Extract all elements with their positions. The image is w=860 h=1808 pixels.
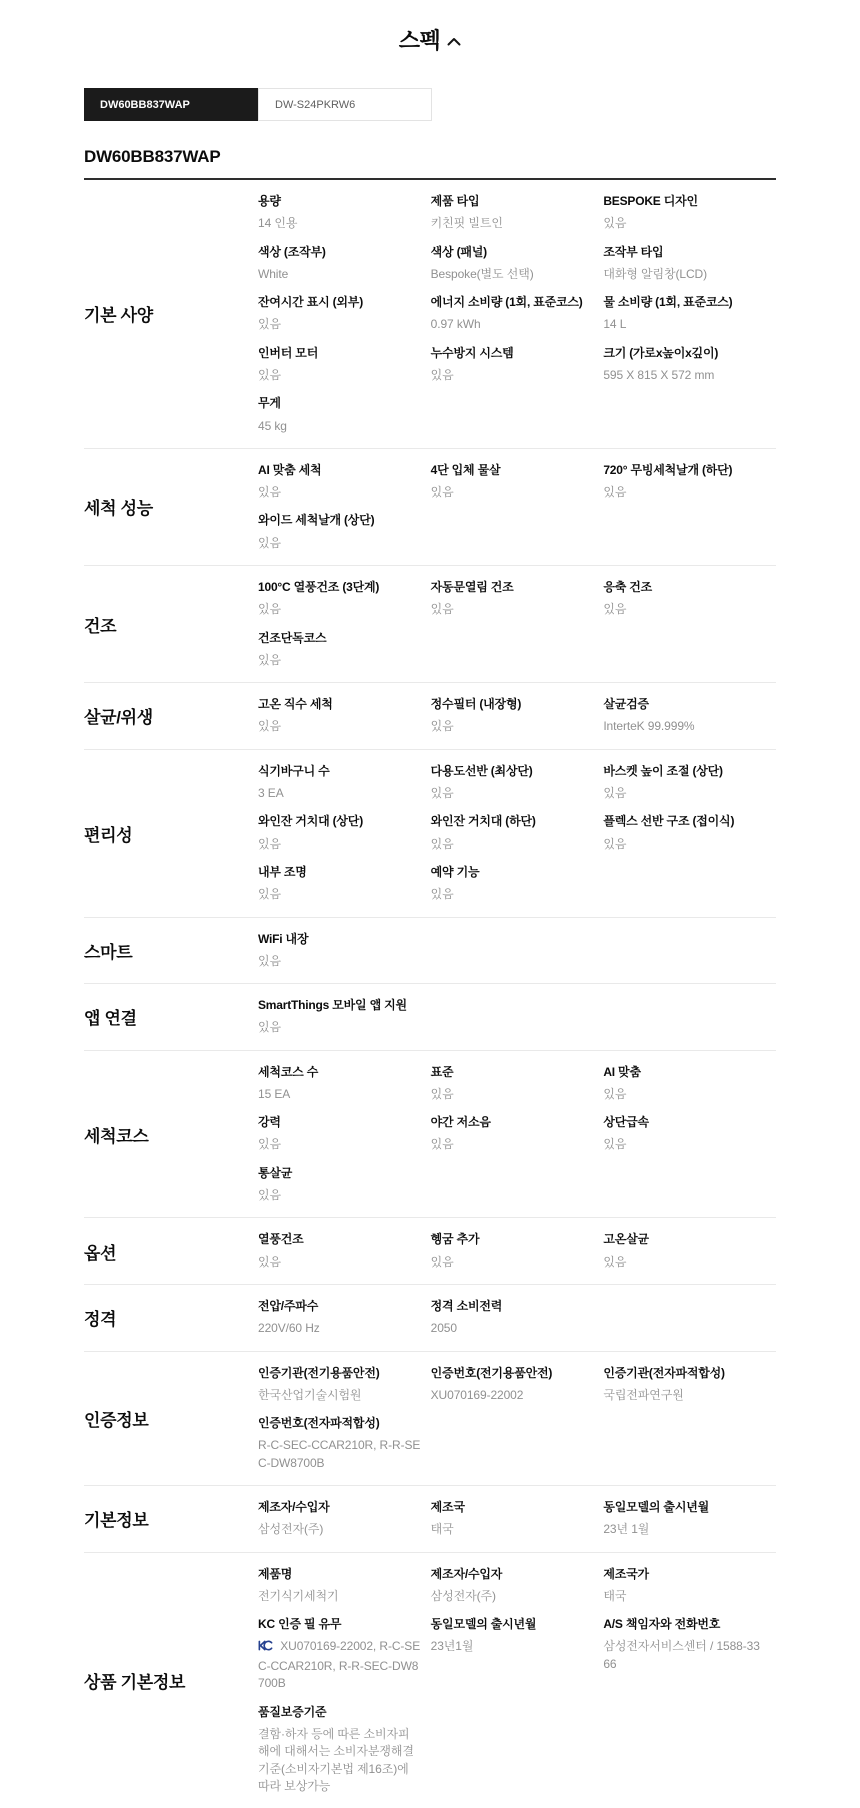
spec-item: 와이드 세척날개 (상단)있음 — [258, 512, 431, 552]
spec-item-label: 제조국가 — [603, 1566, 766, 1582]
spec-items-grid: 100°C 열풍건조 (3단계)있음자동문열림 건조있음응축 건조있음건조단독코… — [258, 579, 776, 680]
spec-item-value: 있음 — [258, 367, 421, 384]
spec-item: 세척코스 수15 EA — [258, 1064, 431, 1104]
spec-item-value-text: 삼성전자(주) — [431, 1589, 496, 1603]
spec-item-label: KC 인증 필 유무 — [258, 1616, 421, 1632]
spec-item-value: 있음 — [258, 316, 421, 333]
spec-item-value: 있음 — [431, 1086, 594, 1103]
spec-item-value: 삼성전자(주) — [431, 1588, 594, 1605]
spec-item-label: 세척코스 수 — [258, 1064, 421, 1080]
spec-item: 에너지 소비량 (1회, 표준코스)0.97 kWh — [431, 294, 604, 334]
spec-item-value: 있음 — [431, 484, 594, 501]
spec-section: 기본정보제조자/수입자삼성전자(주)제조국태국동일모델의 출시년월23년 1월 — [84, 1486, 776, 1553]
spec-item-value-text: 대화형 알림창(LCD) — [603, 267, 707, 281]
spec-item-label: A/S 책임자와 전화번호 — [603, 1616, 766, 1632]
spec-item-value-text: Bespoke(별도 선택) — [431, 267, 534, 281]
spec-item-value: 있음 — [258, 1019, 421, 1036]
spec-category-label: 세척 성능 — [84, 462, 258, 563]
spec-item-label: 식기바구니 수 — [258, 763, 421, 779]
spec-item-value-text: 있음 — [603, 602, 626, 616]
spec-item-value-text: 있음 — [431, 1255, 454, 1269]
spec-item-label: 인버터 모터 — [258, 345, 421, 361]
spec-item-value: 있음 — [431, 785, 594, 802]
spec-item-label: 동일모델의 출시년월 — [603, 1499, 766, 1515]
spec-section: 세척코스세척코스 수15 EA표준있음AI 맞춤있음강력있음야간 저소음있음상단… — [84, 1051, 776, 1219]
spec-item: 용량14 인용 — [258, 193, 431, 233]
spec-item-label: 제품명 — [258, 1566, 421, 1582]
spec-item: A/S 책임자와 전화번호삼성전자서비스센터 / 1588-3366 — [603, 1616, 776, 1692]
spec-item-value-text: 있음 — [603, 1087, 626, 1101]
spec-item-value-text: 삼성전자서비스센터 / 1588-3366 — [603, 1639, 759, 1670]
spec-section: 옵션열풍건조있음헹굼 추가있음고온살균있음 — [84, 1218, 776, 1285]
spec-item-value: 45 kg — [258, 418, 421, 435]
spec-items-grid: 인증기관(전기용품안전)한국산업기술시험원인증번호(전기용품안전)XU07016… — [258, 1365, 776, 1484]
spec-item-value: 14 인용 — [258, 215, 421, 232]
spec-item-value: 있음 — [603, 601, 766, 618]
spec-item-label: 조작부 타입 — [603, 244, 766, 260]
spec-item-value-text: 있음 — [431, 837, 454, 851]
spec-item-label: 제조국 — [431, 1499, 594, 1515]
spec-item-value-text: 한국산업기술시험원 — [258, 1388, 361, 1402]
spec-items-grid: WiFi 내장있음 — [258, 931, 776, 982]
spec-item-value: 15 EA — [258, 1086, 421, 1103]
spec-item-value-text: 0.97 kWh — [431, 317, 481, 331]
spec-item: 제조자/수입자삼성전자(주) — [258, 1499, 431, 1539]
spec-item: 인증기관(전기용품안전)한국산업기술시험원 — [258, 1365, 431, 1405]
spec-item-label: 잔여시간 표시 (외부) — [258, 294, 421, 310]
spec-item-label: 인증번호(전기용품안전) — [431, 1365, 594, 1381]
spec-category-label: 인증정보 — [84, 1365, 258, 1484]
spec-item-value-text: 있음 — [258, 602, 281, 616]
spec-item-value: 국립전파연구원 — [603, 1387, 766, 1404]
spec-item-label: AI 맞춤 — [603, 1064, 766, 1080]
spec-item-value: 있음 — [258, 886, 421, 903]
spec-item-value-text: 있음 — [258, 1255, 281, 1269]
spec-item-label: 야간 저소음 — [431, 1114, 594, 1130]
spec-item: SmartThings 모바일 앱 지원있음 — [258, 997, 431, 1037]
spec-item-value: 있음 — [431, 1136, 594, 1153]
spec-item-value: 있음 — [603, 1086, 766, 1103]
spec-item: 와인잔 거치대 (상단)있음 — [258, 813, 431, 853]
spec-item-value: 있음 — [258, 1136, 421, 1153]
spec-item-label: 와이드 세척날개 (상단) — [258, 512, 421, 528]
spec-item-value-text: 있음 — [258, 954, 281, 968]
spec-item: 동일모델의 출시년월23년1월 — [431, 1616, 604, 1692]
spec-section: 건조100°C 열풍건조 (3단계)있음자동문열림 건조있음응축 건조있음건조단… — [84, 566, 776, 683]
spec-item-value-text: 삼성전자(주) — [258, 1522, 323, 1536]
spec-item-label: 제조자/수입자 — [431, 1566, 594, 1582]
spec-item: 제조자/수입자삼성전자(주) — [431, 1566, 604, 1606]
spec-item-label: 전압/주파수 — [258, 1298, 421, 1314]
spec-item: 인버터 모터있음 — [258, 345, 431, 385]
spec-item-label: 통살균 — [258, 1165, 421, 1181]
spec-item-label: 에너지 소비량 (1회, 표준코스) — [431, 294, 594, 310]
spec-item-value: 전기식기세척기 — [258, 1588, 421, 1605]
spec-category-label: 앱 연결 — [84, 997, 258, 1048]
spec-item-value: 있음 — [258, 1187, 421, 1204]
spec-item-value: 있음 — [258, 601, 421, 618]
spec-item-label: 강력 — [258, 1114, 421, 1130]
tab-label: DW-S24PKRW6 — [275, 99, 355, 111]
spec-category-label: 옵션 — [84, 1231, 258, 1282]
spec-category-label: 편리성 — [84, 763, 258, 915]
spec-item-value-text: 있음 — [603, 1255, 626, 1269]
spec-item-value-text: 태국 — [431, 1522, 454, 1536]
tab-label: DW60BB837WAP — [100, 99, 190, 111]
spec-item-value: 595 X 815 X 572 mm — [603, 367, 766, 384]
spec-item: 바스켓 높이 조절 (상단)있음 — [603, 763, 776, 803]
spec-items-grid: AI 맞춤 세척있음4단 입체 물살있음720° 무빙세척날개 (하단)있음와이… — [258, 462, 776, 563]
spec-item-value-text: 220V/60 Hz — [258, 1321, 320, 1335]
spec-item: 건조단독코스있음 — [258, 630, 431, 670]
spec-item-label: 용량 — [258, 193, 421, 209]
spec-item-value: 태국 — [431, 1521, 594, 1538]
spec-item-value: 키친핏 빌트인 — [431, 215, 594, 232]
spec-items-grid: 제품명전기식기세척기제조자/수입자삼성전자(주)제조국가태국KC 인증 필 유무… — [258, 1566, 776, 1807]
spec-category-label: 정격 — [84, 1298, 258, 1349]
spec-item-label: 인증번호(전자파적합성) — [258, 1415, 421, 1431]
spec-item: 자동문열림 건조있음 — [431, 579, 604, 619]
spec-item: 색상 (조작부)White — [258, 244, 431, 284]
spec-item-value-text: 있음 — [258, 1188, 281, 1202]
spec-item-label: 고온 직수 세척 — [258, 696, 421, 712]
product-heading: DW60BB837WAP — [84, 147, 776, 180]
spec-item-value: 있음 — [431, 1254, 594, 1271]
spec-category-label: 상품 기본정보 — [84, 1566, 258, 1807]
spec-item-label: 응축 건조 — [603, 579, 766, 595]
spec-section: 스마트WiFi 내장있음 — [84, 918, 776, 985]
kc-mark-icon — [258, 1639, 273, 1657]
spec-item-value-text: 있음 — [603, 216, 626, 230]
spec-item-label: 와인잔 거치대 (상단) — [258, 813, 421, 829]
spec-item-label: 예약 기능 — [431, 864, 594, 880]
spec-item-label: 100°C 열풍건조 (3단계) — [258, 579, 421, 595]
spec-item-value: 있음 — [258, 718, 421, 735]
spec-item-value: XU070169-22002 — [431, 1387, 594, 1404]
spec-item-value: 삼성전자(주) — [258, 1521, 421, 1538]
spec-item-label: 720° 무빙세척날개 (하단) — [603, 462, 766, 478]
spec-item-value-text: 결함·하자 등에 따른 소비자피해에 대해서는 소비자분쟁해결기준(소비자기본법… — [258, 1727, 414, 1793]
spec-item-value: 2050 — [431, 1320, 594, 1337]
spec-item: 응축 건조있음 — [603, 579, 776, 619]
spec-category-label: 스마트 — [84, 931, 258, 982]
spec-item-label: WiFi 내장 — [258, 931, 421, 947]
spec-item: 4단 입체 물살있음 — [431, 462, 604, 502]
spec-item-value: InterteK 99.999% — [603, 718, 766, 735]
spec-item-value: 14 L — [603, 316, 766, 333]
spec-item: 전압/주파수220V/60 Hz — [258, 1298, 431, 1338]
spec-item-label: AI 맞춤 세척 — [258, 462, 421, 478]
spec-item-value: 있음 — [603, 836, 766, 853]
spec-item-value-text: 있음 — [258, 536, 281, 550]
spec-item-value-text: 있음 — [603, 786, 626, 800]
spec-item: 크기 (가로x높이x깊이)595 X 815 X 572 mm — [603, 345, 776, 385]
spec-items-grid: 전압/주파수220V/60 Hz정격 소비전력2050 — [258, 1298, 776, 1349]
spec-item-label: 상단급속 — [603, 1114, 766, 1130]
spec-item-value: 23년 1월 — [603, 1521, 766, 1538]
spec-item-value: R-C-SEC-CCAR210R, R-R-SEC-DW8700B — [258, 1437, 421, 1472]
spec-item: 야간 저소음있음 — [431, 1114, 604, 1154]
spec-item-value-text: 있음 — [258, 719, 281, 733]
spec-item-label: 색상 (패널) — [431, 244, 594, 260]
spec-item-value: 있음 — [603, 1136, 766, 1153]
spec-item-value: 한국산업기술시험원 — [258, 1387, 421, 1404]
spec-category-label: 기본정보 — [84, 1499, 258, 1550]
spec-item-value-text: 있음 — [603, 837, 626, 851]
spec-item: 인증기관(전자파적합성)국립전파연구원 — [603, 1365, 776, 1405]
spec-item: 강력있음 — [258, 1114, 431, 1154]
spec-item-value-text: 14 L — [603, 317, 626, 331]
spec-item: 헹굼 추가있음 — [431, 1231, 604, 1271]
spec-item-value-text: XU070169-22002 — [431, 1388, 524, 1402]
spec-item-value-text: 있음 — [431, 887, 454, 901]
spec-category-label: 기본 사양 — [84, 193, 258, 446]
spec-item-label: 바스켓 높이 조절 (상단) — [603, 763, 766, 779]
spec-item-value-text: 595 X 815 X 572 mm — [603, 368, 714, 382]
spec-item-value: 220V/60 Hz — [258, 1320, 421, 1337]
spec-category-label: 세척코스 — [84, 1064, 258, 1216]
spec-item-value: 있음 — [258, 836, 421, 853]
spec-item-value: 있음 — [431, 836, 594, 853]
spec-item: 인증번호(전기용품안전)XU070169-22002 — [431, 1365, 604, 1405]
spec-item-value: 있음 — [431, 718, 594, 735]
spec-item: AI 맞춤 세척있음 — [258, 462, 431, 502]
spec-item-label: 다용도선반 (최상단) — [431, 763, 594, 779]
spec-item-label: 고온살균 — [603, 1231, 766, 1247]
spec-section: 정격전압/주파수220V/60 Hz정격 소비전력2050 — [84, 1285, 776, 1352]
spec-item-value: 있음 — [258, 1254, 421, 1271]
spec-item: 상단급속있음 — [603, 1114, 776, 1154]
spec-item-value-text: XU070169-22002, R-C-SEC-CCAR210R, R-R-SE… — [258, 1639, 420, 1690]
spec-items-grid: 세척코스 수15 EA표준있음AI 맞춤있음강력있음야간 저소음있음상단급속있음… — [258, 1064, 776, 1216]
spec-item-label: 품질보증기준 — [258, 1704, 421, 1720]
spec-items-grid: 식기바구니 수3 EA다용도선반 (최상단)있음바스켓 높이 조절 (상단)있음… — [258, 763, 776, 915]
spec-section: 상품 기본정보제품명전기식기세척기제조자/수입자삼성전자(주)제조국가태국KC … — [84, 1553, 776, 1808]
spec-item-value: XU070169-22002, R-C-SEC-CCAR210R, R-R-SE… — [258, 1638, 421, 1692]
spec-item-label: 누수방지 시스템 — [431, 345, 594, 361]
spec-item-value-text: 23년1월 — [431, 1639, 474, 1653]
spec-item-value: 있음 — [603, 785, 766, 802]
spec-item: 내부 조명있음 — [258, 864, 431, 904]
spec-items-grid: SmartThings 모바일 앱 지원있음 — [258, 997, 776, 1048]
spec-item-value-text: 있음 — [258, 837, 281, 851]
spec-item-value-text: 있음 — [431, 719, 454, 733]
spec-item-label: 무게 — [258, 395, 421, 411]
spec-item: 제조국태국 — [431, 1499, 604, 1539]
spec-item-value: 있음 — [258, 484, 421, 501]
spec-item-value-text: 키친핏 빌트인 — [431, 216, 503, 230]
spec-item-value: White — [258, 266, 421, 283]
spec-item-value-text: 있음 — [603, 1137, 626, 1151]
spec-content: DW60BB837WAP 기본 사양용량14 인용제품 타입키친핏 빌트인BES… — [84, 147, 776, 1808]
spec-items-grid: 고온 직수 세척있음정수필터 (내장형)있음살균검증InterteK 99.99… — [258, 696, 776, 747]
tab-dw60bb837wap[interactable]: DW60BB837WAP — [84, 88, 258, 121]
spec-item-value-text: 있음 — [431, 485, 454, 499]
spec-item-label: 표준 — [431, 1064, 594, 1080]
spec-item-value-text: 3 EA — [258, 786, 284, 800]
spec-item: 물 소비량 (1회, 표준코스)14 L — [603, 294, 776, 334]
model-tabs: DW60BB837WAP DW-S24PKRW6 — [84, 88, 860, 121]
spec-item-value-text: 있음 — [258, 317, 281, 331]
spec-item-label: 제조자/수입자 — [258, 1499, 421, 1515]
spec-item: 플렉스 선반 구조 (접이식)있음 — [603, 813, 776, 853]
spec-item: 720° 무빙세척날개 (하단)있음 — [603, 462, 776, 502]
spec-item: 100°C 열풍건조 (3단계)있음 — [258, 579, 431, 619]
spec-item: 고온살균있음 — [603, 1231, 776, 1271]
spec-items-grid: 용량14 인용제품 타입키친핏 빌트인BESPOKE 디자인있음색상 (조작부)… — [258, 193, 776, 446]
spec-item-value-text: 15 EA — [258, 1087, 290, 1101]
spec-item: 누수방지 시스템있음 — [431, 345, 604, 385]
spec-item: 정격 소비전력2050 — [431, 1298, 604, 1338]
spec-item-value: 있음 — [258, 953, 421, 970]
section-header: 스펙 — [0, 24, 860, 55]
spec-section: 편리성식기바구니 수3 EA다용도선반 (최상단)있음바스켓 높이 조절 (상단… — [84, 750, 776, 918]
spec-item-value: Bespoke(별도 선택) — [431, 266, 594, 283]
spec-item-label: BESPOKE 디자인 — [603, 193, 766, 209]
spec-item-label: 열풍건조 — [258, 1231, 421, 1247]
spec-item: 고온 직수 세척있음 — [258, 696, 431, 736]
spec-item: 동일모델의 출시년월23년 1월 — [603, 1499, 776, 1539]
spec-item-value-text: 국립전파연구원 — [603, 1388, 683, 1402]
spec-item: 제조국가태국 — [603, 1566, 776, 1606]
spec-item-value: 있음 — [431, 886, 594, 903]
spec-item-value: 있음 — [431, 601, 594, 618]
spec-item: 통살균있음 — [258, 1165, 431, 1205]
spec-item-label: 동일모델의 출시년월 — [431, 1616, 594, 1632]
spec-item: 제품 타입키친핏 빌트인 — [431, 193, 604, 233]
spec-item: 살균검증InterteK 99.999% — [603, 696, 776, 736]
spec-item-label: 인증기관(전기용품안전) — [258, 1365, 421, 1381]
spec-item: 표준있음 — [431, 1064, 604, 1104]
spec-section: 앱 연결SmartThings 모바일 앱 지원있음 — [84, 984, 776, 1051]
spec-item-value-text: 태국 — [603, 1589, 626, 1603]
spec-section: 인증정보인증기관(전기용품안전)한국산업기술시험원인증번호(전기용품안전)XU0… — [84, 1352, 776, 1487]
spec-item: AI 맞춤있음 — [603, 1064, 776, 1104]
spec-item-label: 4단 입체 물살 — [431, 462, 594, 478]
spec-item: BESPOKE 디자인있음 — [603, 193, 776, 233]
spec-page: 스펙 DW60BB837WAP DW-S24PKRW6 DW60BB837WAP… — [0, 0, 860, 1808]
spec-item-label: 물 소비량 (1회, 표준코스) — [603, 294, 766, 310]
spec-item: 색상 (패널)Bespoke(별도 선택) — [431, 244, 604, 284]
spec-item-value-text: InterteK 99.999% — [603, 719, 694, 733]
chevron-up-icon[interactable] — [447, 26, 461, 52]
spec-item-value: 있음 — [258, 535, 421, 552]
spec-section: 세척 성능AI 맞춤 세척있음4단 입체 물살있음720° 무빙세척날개 (하단… — [84, 449, 776, 566]
spec-item: 조작부 타입대화형 알림창(LCD) — [603, 244, 776, 284]
spec-item-value: 삼성전자서비스센터 / 1588-3366 — [603, 1638, 766, 1673]
spec-item-label: 내부 조명 — [258, 864, 421, 880]
spec-item-label: 인증기관(전자파적합성) — [603, 1365, 766, 1381]
spec-item-label: SmartThings 모바일 앱 지원 — [258, 997, 421, 1013]
spec-item: 잔여시간 표시 (외부)있음 — [258, 294, 431, 334]
spec-item-value-text: 있음 — [258, 1020, 281, 1034]
spec-table: 기본 사양용량14 인용제품 타입키친핏 빌트인BESPOKE 디자인있음색상 … — [84, 180, 776, 1808]
spec-item: 품질보증기준결함·하자 등에 따른 소비자피해에 대해서는 소비자분쟁해결기준(… — [258, 1704, 431, 1796]
page-title: 스펙 — [399, 28, 441, 53]
spec-item-value-text: 있음 — [258, 368, 281, 382]
spec-item: WiFi 내장있음 — [258, 931, 431, 971]
spec-item: 와인잔 거치대 (하단)있음 — [431, 813, 604, 853]
tab-dw-s24pkrw6[interactable]: DW-S24PKRW6 — [258, 88, 432, 121]
spec-category-label: 살균/위생 — [84, 696, 258, 747]
spec-item-value-text: 14 인용 — [258, 216, 297, 230]
spec-item: 인증번호(전자파적합성)R-C-SEC-CCAR210R, R-R-SEC-DW… — [258, 1415, 431, 1472]
spec-item-label: 정격 소비전력 — [431, 1298, 594, 1314]
spec-item-value-text: 있음 — [603, 485, 626, 499]
spec-item-label: 색상 (조작부) — [258, 244, 421, 260]
spec-item-value: 있음 — [258, 652, 421, 669]
spec-item-label: 살균검증 — [603, 696, 766, 712]
spec-item: 열풍건조있음 — [258, 1231, 431, 1271]
spec-item-value-text: White — [258, 267, 288, 281]
spec-item-label: 제품 타입 — [431, 193, 594, 209]
spec-items-grid: 열풍건조있음헹굼 추가있음고온살균있음 — [258, 1231, 776, 1282]
spec-item-value: 3 EA — [258, 785, 421, 802]
spec-item-value-text: R-C-SEC-CCAR210R, R-R-SEC-DW8700B — [258, 1438, 420, 1469]
spec-item-label: 건조단독코스 — [258, 630, 421, 646]
spec-item-value-text: 있음 — [431, 1137, 454, 1151]
spec-item: 다용도선반 (최상단)있음 — [431, 763, 604, 803]
spec-item-value-text: 있음 — [431, 602, 454, 616]
spec-item-value-text: 45 kg — [258, 419, 287, 433]
spec-item-value-text: 있음 — [431, 786, 454, 800]
spec-item-label: 자동문열림 건조 — [431, 579, 594, 595]
spec-section: 기본 사양용량14 인용제품 타입키친핏 빌트인BESPOKE 디자인있음색상 … — [84, 180, 776, 449]
spec-item-value-text: 있음 — [258, 485, 281, 499]
spec-item-value: 있음 — [603, 1254, 766, 1271]
spec-item-value-text: 있음 — [431, 1087, 454, 1101]
spec-item-value-text: 있음 — [431, 368, 454, 382]
spec-section: 살균/위생고온 직수 세척있음정수필터 (내장형)있음살균검증InterteK … — [84, 683, 776, 750]
spec-item-value-text: 23년 1월 — [603, 1522, 649, 1536]
spec-item-value: 23년1월 — [431, 1638, 594, 1655]
spec-category-label: 건조 — [84, 579, 258, 680]
spec-item-value-text: 전기식기세척기 — [258, 1589, 338, 1603]
spec-item-value: 있음 — [431, 367, 594, 384]
spec-item: 정수필터 (내장형)있음 — [431, 696, 604, 736]
spec-item-value: 태국 — [603, 1588, 766, 1605]
spec-item: 무게45 kg — [258, 395, 431, 435]
spec-item-value-text: 있음 — [258, 1137, 281, 1151]
spec-item: 식기바구니 수3 EA — [258, 763, 431, 803]
spec-item-label: 크기 (가로x높이x깊이) — [603, 345, 766, 361]
spec-item-value-text: 2050 — [431, 1321, 457, 1335]
spec-item-value: 대화형 알림창(LCD) — [603, 266, 766, 283]
spec-item: KC 인증 필 유무 XU070169-22002, R-C-SEC-CCAR2… — [258, 1616, 431, 1692]
spec-item-value: 있음 — [603, 215, 766, 232]
spec-item-label: 와인잔 거치대 (하단) — [431, 813, 594, 829]
spec-item: 제품명전기식기세척기 — [258, 1566, 431, 1606]
spec-item: 예약 기능있음 — [431, 864, 604, 904]
spec-item-value-text: 있음 — [258, 887, 281, 901]
spec-item-value: 결함·하자 등에 따른 소비자피해에 대해서는 소비자분쟁해결기준(소비자기본법… — [258, 1726, 421, 1796]
spec-item-value: 0.97 kWh — [431, 316, 594, 333]
spec-item-value-text: 있음 — [258, 653, 281, 667]
spec-item-label: 정수필터 (내장형) — [431, 696, 594, 712]
spec-item-label: 헹굼 추가 — [431, 1231, 594, 1247]
spec-item-label: 플렉스 선반 구조 (접이식) — [603, 813, 766, 829]
spec-items-grid: 제조자/수입자삼성전자(주)제조국태국동일모델의 출시년월23년 1월 — [258, 1499, 776, 1550]
spec-item-value: 있음 — [603, 484, 766, 501]
